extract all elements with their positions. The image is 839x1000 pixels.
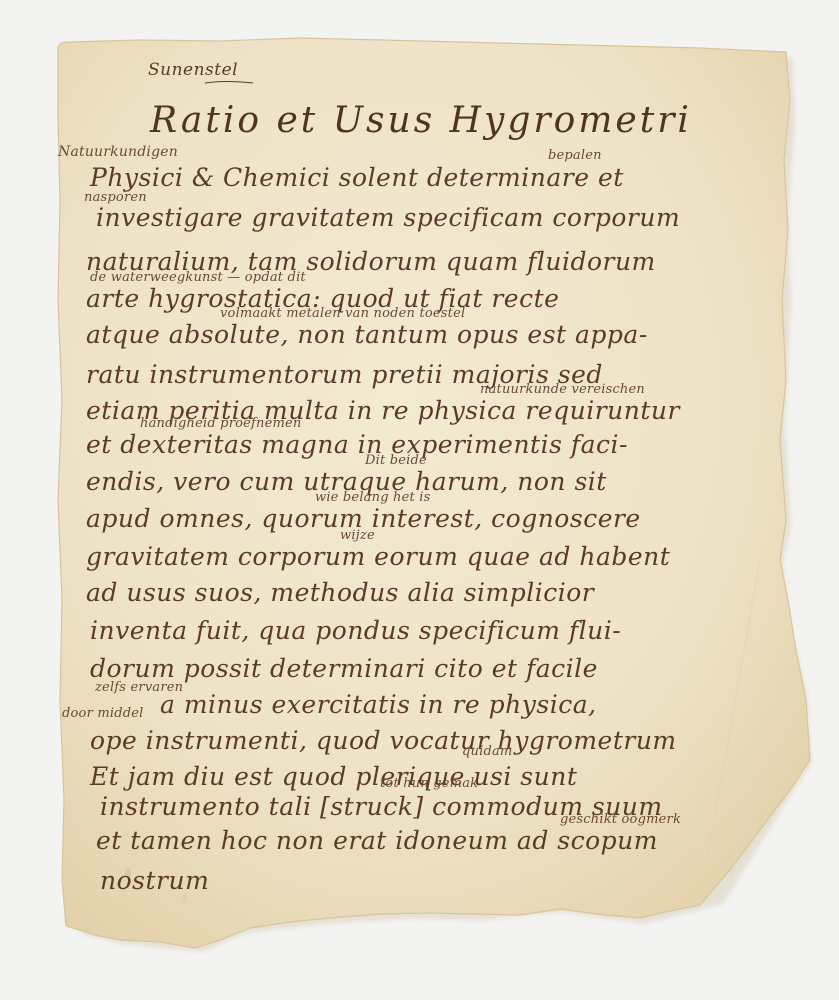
text-line-5: atque absolute, non tantum opus est appa… — [86, 320, 648, 349]
text-line-12: ad usus suos, methodus alia simplicior — [86, 578, 594, 607]
gloss-line-8: handigheid proefnemen — [140, 416, 302, 431]
page-title: Ratio et Usus Hygrometri — [150, 100, 692, 141]
header-note: Sunenstel — [148, 60, 238, 80]
text-line-17: Et jam diu est quod plerique usi sunt — [90, 762, 577, 791]
text-line-13: inventa fuit, qua pondus specificum flui… — [90, 616, 621, 645]
text-line-14: dorum possit determinari cito et facile — [90, 654, 598, 683]
text-line-11: gravitatem corporum eorum quae ad habent — [86, 542, 670, 571]
text-line-20: nostrum — [100, 866, 209, 895]
text-line-8: et dexteritas magna in experimentis faci… — [86, 430, 628, 459]
gloss-line-5: volmaakt metalen van noden toestel — [220, 306, 465, 321]
gloss-line-9: Dit beide — [365, 453, 427, 468]
gloss-line-19: geschikt oogmerk — [560, 812, 681, 827]
text-line-19: et tamen hoc non erat idoneum ad scopum — [96, 826, 658, 855]
text-line-2: investigare gravitatem specificam corpor… — [96, 203, 680, 232]
text-line-16: ope instrumenti, quod vocatur hygrometru… — [90, 726, 677, 755]
gloss-line-17: quidam — [462, 744, 512, 759]
text-line-15: a minus exercitatis in re physica, — [160, 690, 597, 719]
gloss-line-7: natuurkunde vereischen — [480, 382, 645, 397]
gloss-line-11: wijze — [340, 528, 375, 543]
text-line-1: Physici & Chemici solent determinare et — [90, 163, 624, 192]
manuscript-stage: Sunenstel Ratio et Usus Hygrometri Natuu… — [0, 0, 839, 1000]
gloss-line-10: wie belang het is — [315, 490, 431, 505]
gloss-line-18: tot hun gemak — [380, 776, 478, 791]
gloss-line-1: bepalen — [548, 148, 602, 163]
gloss-line-16: door middel — [62, 706, 144, 721]
header-flourish — [205, 80, 255, 86]
margin-note-natuurkundigen: Natuurkundigen — [58, 144, 178, 160]
gloss-line-4: de waterweegkunst — opdat dit — [90, 270, 306, 285]
